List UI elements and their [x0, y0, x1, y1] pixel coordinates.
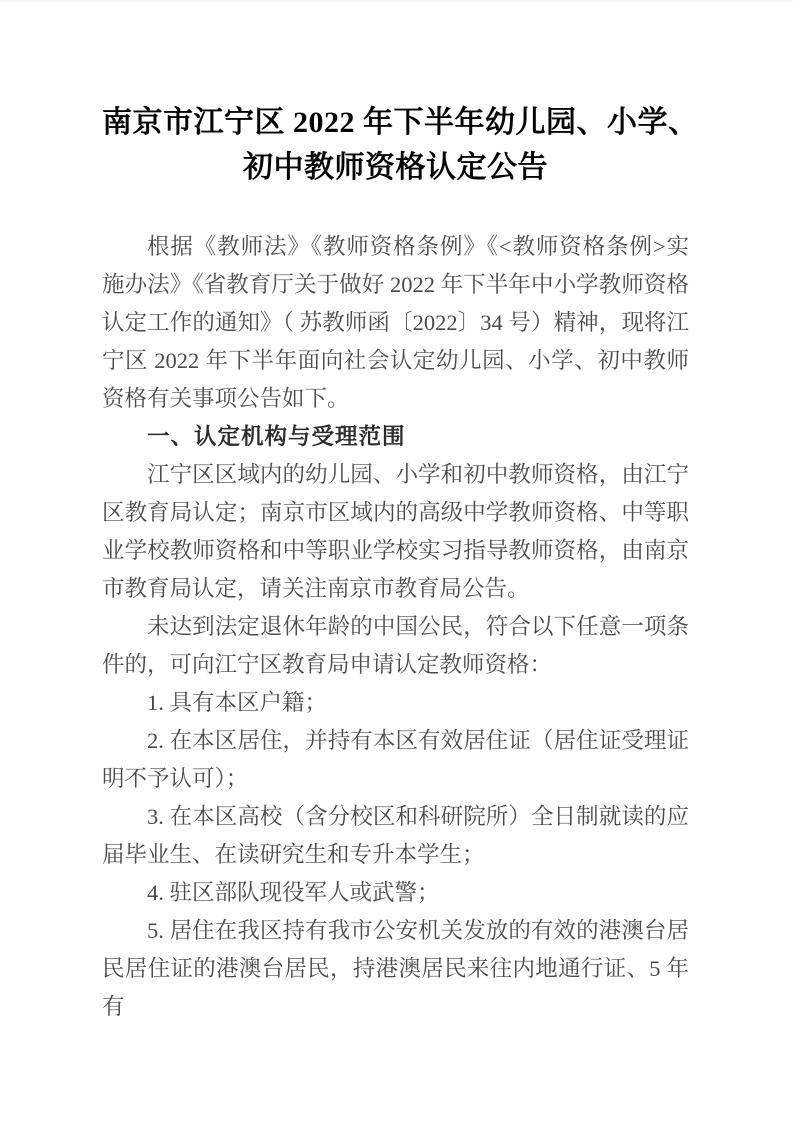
- condition-item-3: 3. 在本区高校（含分校区和科研院所）全日制就读的应届毕业生、在读研究生和专升本…: [102, 798, 689, 874]
- section-heading-1: 一、认定机构与受理范围: [102, 418, 689, 456]
- condition-item-2: 2. 在本区居住，并持有本区有效居住证（居住证受理证明不予认可）；: [102, 722, 689, 798]
- section1-paragraph-2: 未达到法定退休年龄的中国公民，符合以下任意一项条件的，可向江宁区教育局申请认定教…: [102, 608, 689, 684]
- title-line-2: 初中教师资格认定公告: [102, 145, 689, 190]
- condition-item-5: 5. 居住在我区持有我市公安机关发放的有效的港澳台居民居住证的港澳台居民，持港澳…: [102, 912, 689, 1026]
- intro-paragraph: 根据《教师法》《教师资格条例》《<教师资格条例>实施办法》《省教育厅关于做好 2…: [102, 228, 689, 418]
- condition-item-1: 1. 具有本区户籍；: [102, 684, 689, 722]
- title-line-1: 南京市江宁区 2022 年下半年幼儿园、小学、: [102, 100, 689, 145]
- condition-item-4: 4. 驻区部队现役军人或武警；: [102, 874, 689, 912]
- section1-paragraph-1: 江宁区区域内的幼儿园、小学和初中教师资格，由江宁区教育局认定；南京市区域内的高级…: [102, 456, 689, 608]
- document-page: 南京市江宁区 2022 年下半年幼儿园、小学、 初中教师资格认定公告 根据《教师…: [0, 0, 793, 1122]
- page-top-edge: [0, 0, 793, 2]
- document-body: 根据《教师法》《教师资格条例》《<教师资格条例>实施办法》《省教育厅关于做好 2…: [102, 228, 689, 1026]
- document-title: 南京市江宁区 2022 年下半年幼儿园、小学、 初中教师资格认定公告: [102, 100, 689, 190]
